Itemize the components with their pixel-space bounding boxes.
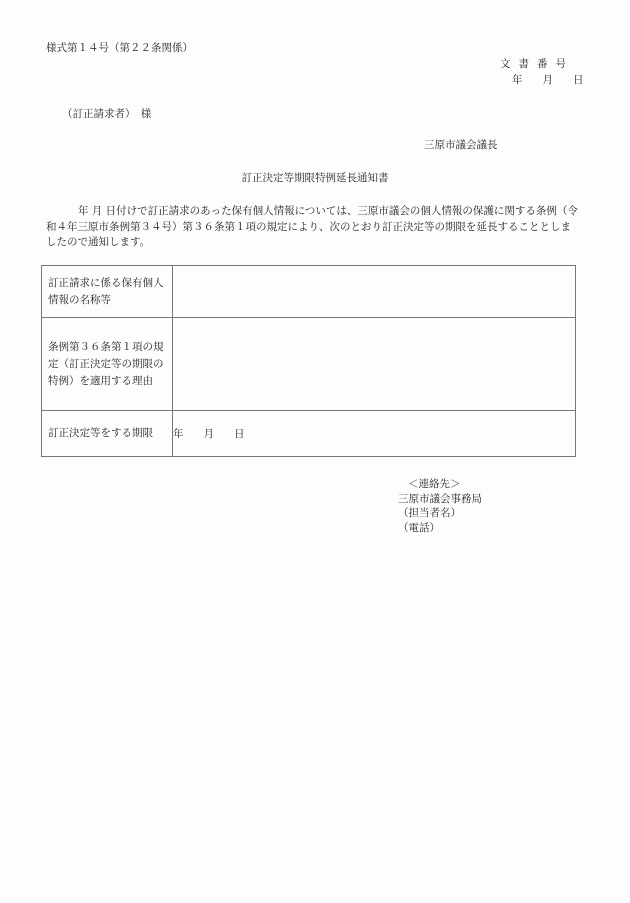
body-text: 年 月 日付けで訂正請求のあった保有個人情報については、三原市議会の個人情報の保… bbox=[46, 204, 580, 251]
table-row: 条例第３６条第１項の規定（訂正決定等の期限の特例）を適用する理由 bbox=[42, 318, 576, 411]
row-label: 訂正請求に係る保有個人情報の名称等 bbox=[42, 266, 173, 318]
document-number-label: 文書番号 bbox=[500, 57, 574, 71]
date-year: 年 bbox=[512, 73, 523, 87]
row-value bbox=[173, 266, 576, 318]
table-row: 訂正請求に係る保有個人情報の名称等 bbox=[42, 266, 576, 318]
document-date: 年月日 bbox=[512, 73, 584, 87]
contact-office: 三原市議会事務局 bbox=[398, 492, 482, 507]
row-label: 訂正決定等をする期限 bbox=[42, 411, 173, 457]
contact-phone: （電話） bbox=[398, 521, 482, 536]
deadline-year: 年 bbox=[173, 426, 184, 441]
deadline-day: 日 bbox=[234, 426, 245, 441]
deadline-month: 月 bbox=[204, 426, 215, 441]
row-label: 条例第３６条第１項の規定（訂正決定等の期限の特例）を適用する理由 bbox=[42, 318, 173, 411]
contact-person: （担当者名） bbox=[398, 506, 482, 521]
contact-heading: ＜連絡先＞ bbox=[398, 477, 482, 492]
row-value bbox=[173, 318, 576, 411]
form-number: 様式第１４号（第２２条関係） bbox=[46, 41, 193, 55]
addressee: （訂正請求者） 様 bbox=[62, 107, 151, 121]
date-month: 月 bbox=[543, 73, 554, 87]
contact-block: ＜連絡先＞ 三原市議会事務局 （担当者名） （電話） bbox=[398, 477, 482, 535]
info-table: 訂正請求に係る保有個人情報の名称等 条例第３６条第１項の規定（訂正決定等の期限の… bbox=[41, 265, 576, 457]
sender: 三原市議会議長 bbox=[424, 138, 498, 152]
deadline-value: 年月日 bbox=[173, 411, 576, 457]
date-day: 日 bbox=[573, 73, 584, 87]
table-row: 訂正決定等をする期限 年月日 bbox=[42, 411, 576, 457]
document-title: 訂正決定等期限特例延長通知書 bbox=[0, 171, 630, 185]
